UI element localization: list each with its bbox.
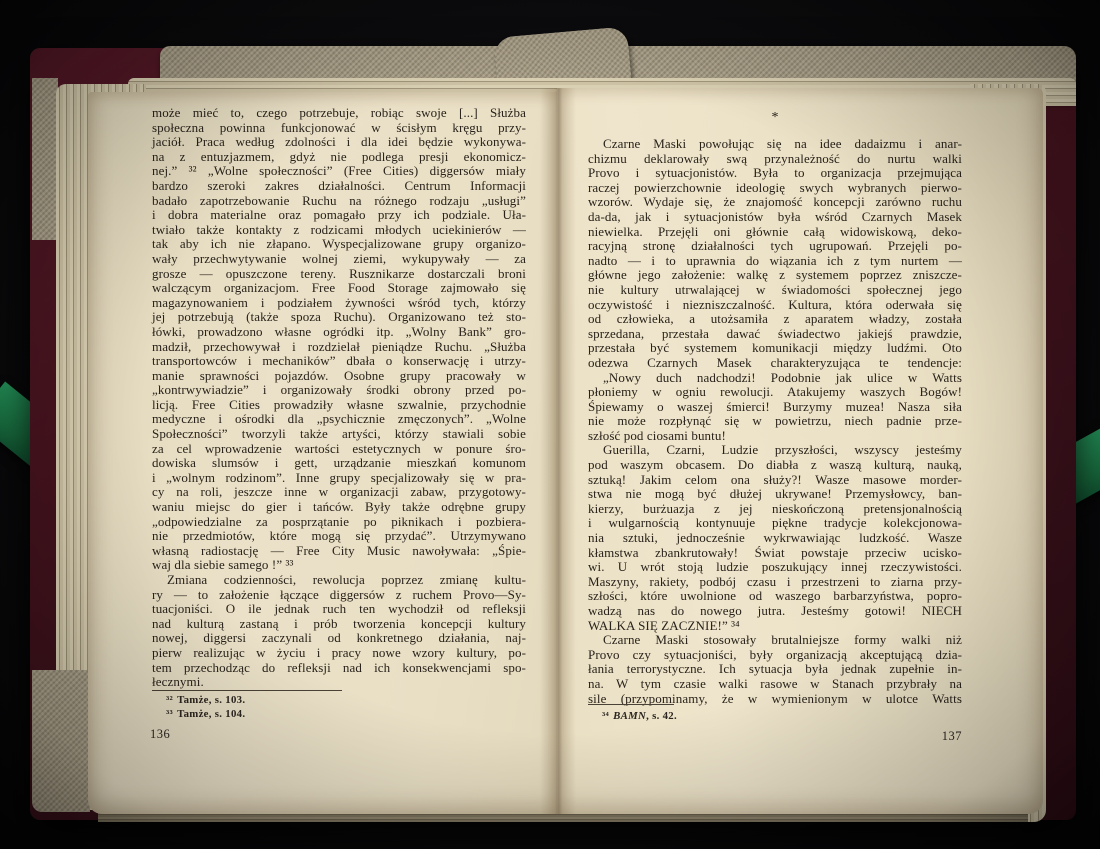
text-line: pod waszym obcasem. Do diabła z waszą ku… xyxy=(588,458,962,473)
footnote-marker: ³⁴ xyxy=(602,710,609,722)
text-line: nie przedmiotów, które mogą się przydać”… xyxy=(152,529,526,544)
text-line: łówki, prowadzono własne ogródki itp. „W… xyxy=(152,325,526,340)
text-line: nia sztuki, jednocześnie wykrwawiając lu… xyxy=(588,531,962,546)
text-line: waniu miejsc do gier i tańców. Były takż… xyxy=(152,500,526,515)
left-page: może mieć to, czego potrzebuje, robiąc s… xyxy=(88,92,557,814)
text-line: od człowieka, a utożsamiła z aparatem wł… xyxy=(588,312,962,327)
text-line: „Nowy duch nadchodzi! Podobnie jak ulice… xyxy=(588,371,962,386)
right-page-text: Czarne Maski powołując się na idee dadai… xyxy=(588,137,962,706)
text-line: i dobra materialne oraz pomagało przy ic… xyxy=(152,208,526,223)
text-line: nie może rozpłynąć się w powietrzu, niec… xyxy=(588,414,962,429)
book-cloth-left-top xyxy=(32,78,58,240)
text-line: główne jego założenie: walkę z systemem … xyxy=(588,268,962,283)
text-line: cy na roli, jeszcze inne w organizacji z… xyxy=(152,485,526,500)
text-line: kłamstwa zbankrutowały! Świat powstaje p… xyxy=(588,546,962,561)
text-line: wzorów. Wydaje się, że znajomość koncepc… xyxy=(588,195,962,210)
text-line: Maszyny, rakiety, podbój czasu i przestr… xyxy=(588,575,962,590)
text-line: WALKA SIĘ ZACZNIE!” ³⁴ xyxy=(588,619,962,634)
text-line: sprzedana, przestała dawać świadectwo ja… xyxy=(588,327,962,342)
footnote-text: Tamże, s. 104. xyxy=(177,708,245,720)
text-line: grosze — opuszczone tereny. Rusznikarze … xyxy=(152,267,526,282)
page-number: 136 xyxy=(150,727,170,742)
text-line: szłość pod ciosami buntu! xyxy=(588,429,962,444)
text-line: raczej powierzchownie ideologię swych wy… xyxy=(588,181,962,196)
text-line: przestała być systemem komunikacji międz… xyxy=(588,341,962,356)
footnote-text: , s. 42. xyxy=(646,710,677,722)
footnote: ³²Tamże, s. 103. xyxy=(166,694,516,708)
text-line: jej potrzebują (także spoza Ruchu). Orga… xyxy=(152,310,526,325)
text-line: twiało także kontakty z rodzicami młodyc… xyxy=(152,223,526,238)
text-line: wały przechwytywanie wolnej ziemi, wykup… xyxy=(152,252,526,267)
right-page: * Czarne Maski powołując się na idee dad… xyxy=(557,88,1043,814)
text-line: Guerilla, Czarni, Ludzie przyszłości, ws… xyxy=(588,443,962,458)
text-line: płoniemy w ogniu rewolucji. Atakujemy wa… xyxy=(588,385,962,400)
text-line: społeczna powinna funkcjonować w ścisłym… xyxy=(152,121,526,136)
text-line: kierzy, burżuazja z jej nieskończoną pre… xyxy=(588,502,962,517)
text-line: tuacjoniści. O ile jednak ruch ten wycho… xyxy=(152,602,526,617)
text-line: tak aby ich nie złapano. Wyspecjalizowan… xyxy=(152,237,526,252)
photo-of-open-book: może mieć to, czego potrzebuje, robiąc s… xyxy=(0,0,1100,849)
text-line: Provo i sytuacjonistów. Była to organiza… xyxy=(588,166,962,181)
text-line: i „wolnym rodzinom”. Inne grupy specjali… xyxy=(152,471,526,486)
text-line: madził, przechowywał i rozdzielał pienią… xyxy=(152,340,526,355)
footnote-marker: ³² xyxy=(166,694,173,706)
text-line: walczącym organizacjom. Free Food Storag… xyxy=(152,281,526,296)
text-line: da-da, jak i sytuacjonistów była wśród C… xyxy=(588,210,962,225)
text-line: i wulgarnością kontynuuje piękne tradycj… xyxy=(588,516,962,531)
text-line: niewielka. Przejęli oni głównie całą wid… xyxy=(588,225,962,240)
footnote-marker: ³³ xyxy=(166,708,173,720)
text-line: stwa nie mogą być dłużej ukrywane! Przem… xyxy=(588,487,962,502)
open-book: może mieć to, czego potrzebuje, robiąc s… xyxy=(28,40,1078,824)
text-line: ry — to założenie łączące diggersów z ru… xyxy=(152,588,526,603)
text-line: licją. Free Cities prowadziły własne szw… xyxy=(152,398,526,413)
text-line: za cel wprowadzenie wartości estetycznyc… xyxy=(152,442,526,457)
footnote-text: Tamże, s. 103. xyxy=(177,694,245,706)
text-line: wadzą nas do nowego jutra. Jesteśmy goto… xyxy=(588,604,962,619)
text-line: waj dla siebie samego !” ³³ xyxy=(152,558,526,573)
text-line: „odpowiedzialne za posprzątanie po pikni… xyxy=(152,515,526,530)
text-line: sztuką! Jakim celom ona służy?! Wasze ma… xyxy=(588,473,962,488)
text-line: badało zapotrzebowanie Ruchu na różnego … xyxy=(152,194,526,209)
text-line: na. W tym czasie walki rasowe w Stanach … xyxy=(588,677,962,692)
text-line: łecznymi. xyxy=(152,675,526,690)
text-line: chizmu deklarowały swą przynależność do … xyxy=(588,152,962,167)
text-line: nad kulturą zastaną i prób tworzenia kon… xyxy=(152,617,526,632)
text-line: może mieć to, czego potrzebuje, robiąc s… xyxy=(152,106,526,121)
text-line: Zmiana codzienności, rewolucja poprzez z… xyxy=(152,573,526,588)
text-line: Społeczności” tworzyli także artyści, kt… xyxy=(152,427,526,442)
left-page-text: może mieć to, czego potrzebuje, robiąc s… xyxy=(152,106,526,690)
text-line: „kontrwywiadzie” i organizowały środki o… xyxy=(152,383,526,398)
text-line: tem przechodząc do refleksji nad ich kon… xyxy=(152,661,526,676)
text-line: oczywistość i niezniszczalność. Kultura,… xyxy=(588,298,962,313)
text-line: Czarne Maski stosowały brutalniejsze for… xyxy=(588,633,962,648)
text-line: własną radiostację — Free City Music naw… xyxy=(152,544,526,559)
text-line: odezwa Czarnych Masek charakteryzująca t… xyxy=(588,356,962,371)
footnote-rule xyxy=(588,704,674,705)
section-separator-asterisk: * xyxy=(588,110,962,126)
text-line: wi. U wrót stoją ludzie poszukujący inne… xyxy=(588,560,962,575)
page-number: 137 xyxy=(588,729,962,744)
footnote-rule xyxy=(152,690,342,691)
text-line: transportowców i mechaników” dbała o kon… xyxy=(152,354,526,369)
book-cloth-bottom-left-corner xyxy=(32,670,90,812)
footnote: ³⁴BAMN, s. 42. xyxy=(602,710,952,724)
text-line: nej.” ³² „Wolne społeczności” (Free Citi… xyxy=(152,164,526,179)
text-line: jaciół. Praca według zdolności i dla ide… xyxy=(152,135,526,150)
text-line: Provo czy sytuacjoniści, były organizacj… xyxy=(588,648,962,663)
text-line: pierw realizując w życiu i pracy nowe wz… xyxy=(152,646,526,661)
text-line: dowiska slumsów i gett, urządzanie miesz… xyxy=(152,456,526,471)
text-line: racyjną stronę działalności tych ugrupow… xyxy=(588,239,962,254)
text-line: magazynowaniem i podziałem żywności wśró… xyxy=(152,296,526,311)
text-line: nowej, diggersi zaczynali od konkretnego… xyxy=(152,631,526,646)
footnote: ³³Tamże, s. 104. xyxy=(166,708,516,722)
text-line: łania terrorystyczne. Ich sytuacja była … xyxy=(588,662,962,677)
footnote-title: BAMN xyxy=(613,710,646,722)
text-line: medyczne i ośrodki dla „psychicznie zmęc… xyxy=(152,412,526,427)
text-line: na z entuzjazmem, gdyż nie podlega presj… xyxy=(152,150,526,165)
left-page-footnotes: ³²Tamże, s. 103. ³³Tamże, s. 104. xyxy=(166,694,516,721)
text-line: szłości, które uwolnione od waszego barb… xyxy=(588,589,962,604)
text-line: Czarne Maski powołując się na idee dadai… xyxy=(588,137,962,152)
text-line: nie kultury utrwalającej w świadomości s… xyxy=(588,283,962,298)
text-line: bardzo szeroki zakres działalności. Cent… xyxy=(152,179,526,194)
text-line: Śpiewamy o waszej śmierci! Burzymy muzea… xyxy=(588,400,962,415)
text-line: nadto — i to uprawnia do wiązania ich z … xyxy=(588,254,962,269)
text-line: manie sprawności pojazdów. Osobne grupy … xyxy=(152,369,526,384)
